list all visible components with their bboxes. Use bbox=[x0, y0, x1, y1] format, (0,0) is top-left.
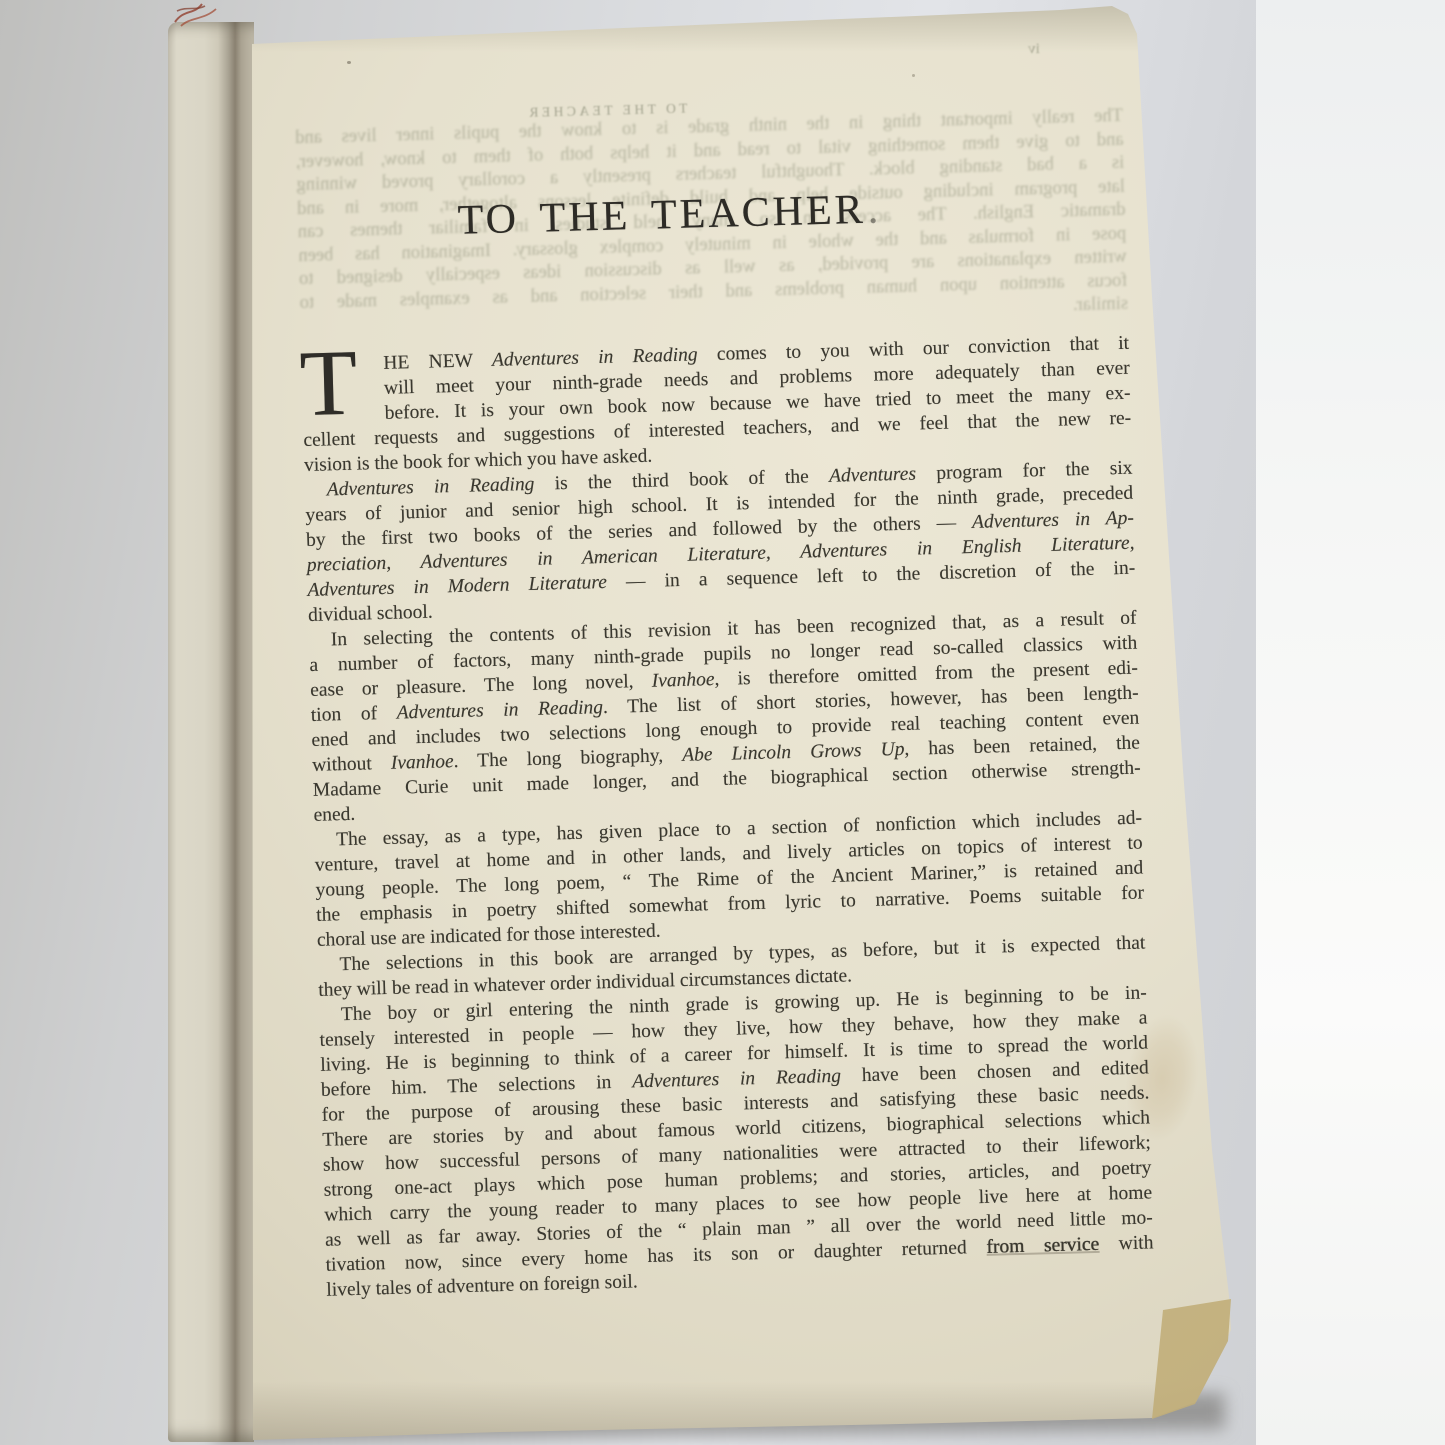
foxing-speck bbox=[912, 74, 915, 77]
book-page-photo: iv TO THE TEACHER The really important t… bbox=[0, 0, 1445, 1445]
drop-cap: T bbox=[299, 347, 358, 421]
body-paragraph: The essay, as a type, has given place to… bbox=[314, 806, 1145, 953]
body-paragraph: In selecting the contents of this revisi… bbox=[308, 606, 1141, 828]
body-paragraph: The boy or girl entering the ninth grade… bbox=[319, 980, 1155, 1302]
body-paragraph: Adventures in Reading is the third book … bbox=[304, 456, 1136, 628]
body-paragraph: THE NEW Adventures in Reading comes to y… bbox=[301, 331, 1132, 478]
page-title-text: TO THE TEACHER bbox=[457, 187, 866, 244]
book-spine-edge bbox=[168, 22, 254, 1442]
ghost-page-number: iv bbox=[1028, 41, 1040, 58]
red-thread-remnant bbox=[172, 0, 224, 32]
page-title-period: . bbox=[867, 186, 882, 232]
foxing-speck bbox=[347, 61, 351, 64]
photo-background-highlight bbox=[1256, 0, 1445, 1445]
page-body-text: THE NEW Adventures in Reading comes to y… bbox=[301, 331, 1154, 1303]
